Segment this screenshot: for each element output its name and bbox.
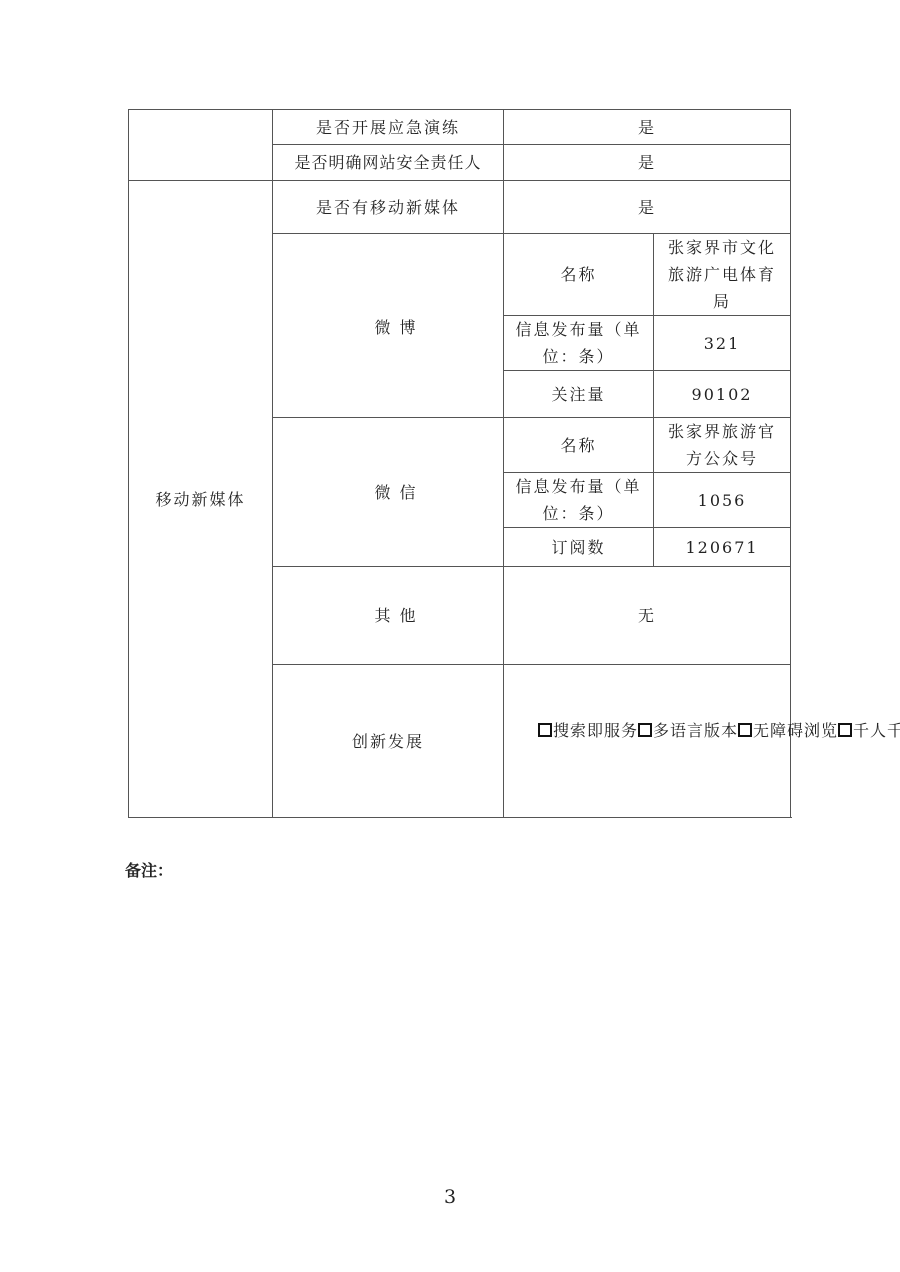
checkbox-icon bbox=[738, 723, 752, 737]
checkbox-icon bbox=[638, 723, 652, 737]
emergency-drill-label: 是否开展应急演练 bbox=[273, 110, 504, 145]
wechat-posts-value: 1056 bbox=[654, 473, 791, 528]
innovation-label: 创新发展 bbox=[273, 665, 504, 818]
other-media-label: 其 他 bbox=[273, 567, 504, 665]
wechat-subscribers-label: 订阅数 bbox=[504, 528, 654, 567]
checkbox-search-service[interactable]: 搜索即服务 bbox=[538, 721, 638, 740]
wechat-label: 微 信 bbox=[273, 418, 504, 567]
checkbox-accessibility[interactable]: 无障碍浏览 bbox=[738, 721, 838, 740]
wechat-subscribers-value: 120671 bbox=[654, 528, 791, 567]
blank-section-cell bbox=[129, 110, 273, 181]
page-number: 3 bbox=[0, 1186, 900, 1208]
has-mobile-label: 是否有移动新媒体 bbox=[273, 181, 504, 234]
has-mobile-value: 是 bbox=[504, 181, 791, 234]
checkbox-personalized[interactable]: 千人千网 bbox=[838, 721, 900, 740]
innovation-options: 搜索即服务多语言版本无障碍浏览千人千网其他 bbox=[504, 665, 791, 818]
checkbox-multilingual[interactable]: 多语言版本 bbox=[638, 721, 738, 740]
weibo-label: 微 博 bbox=[273, 234, 504, 418]
other-media-value: 无 bbox=[504, 567, 791, 665]
checkbox-icon bbox=[838, 723, 852, 737]
weibo-name-label: 名称 bbox=[504, 234, 654, 316]
wechat-name-value: 张家界旅游官方公众号 bbox=[654, 418, 791, 473]
security-owner-value: 是 bbox=[504, 145, 791, 181]
report-table: 是否开展应急演练 是 是否明确网站安全责任人 是 移动新媒体 是否有移动新媒体 … bbox=[128, 109, 791, 818]
security-owner-label: 是否明确网站安全责任人 bbox=[273, 145, 504, 181]
note-label: 备注： bbox=[125, 858, 173, 881]
mobile-media-section-label: 移动新媒体 bbox=[129, 181, 273, 818]
checkbox-icon bbox=[538, 723, 552, 737]
weibo-name-value: 张家界市文化旅游广电体育局 bbox=[654, 234, 791, 316]
emergency-drill-value: 是 bbox=[504, 110, 791, 145]
weibo-posts-value: 321 bbox=[654, 316, 791, 371]
weibo-followers-label: 关注量 bbox=[504, 371, 654, 418]
weibo-posts-label: 信息发布量（单位：条） bbox=[504, 316, 654, 371]
weibo-followers-value: 90102 bbox=[654, 371, 791, 418]
wechat-name-label: 名称 bbox=[504, 418, 654, 473]
wechat-posts-label: 信息发布量（单位：条） bbox=[504, 473, 654, 528]
